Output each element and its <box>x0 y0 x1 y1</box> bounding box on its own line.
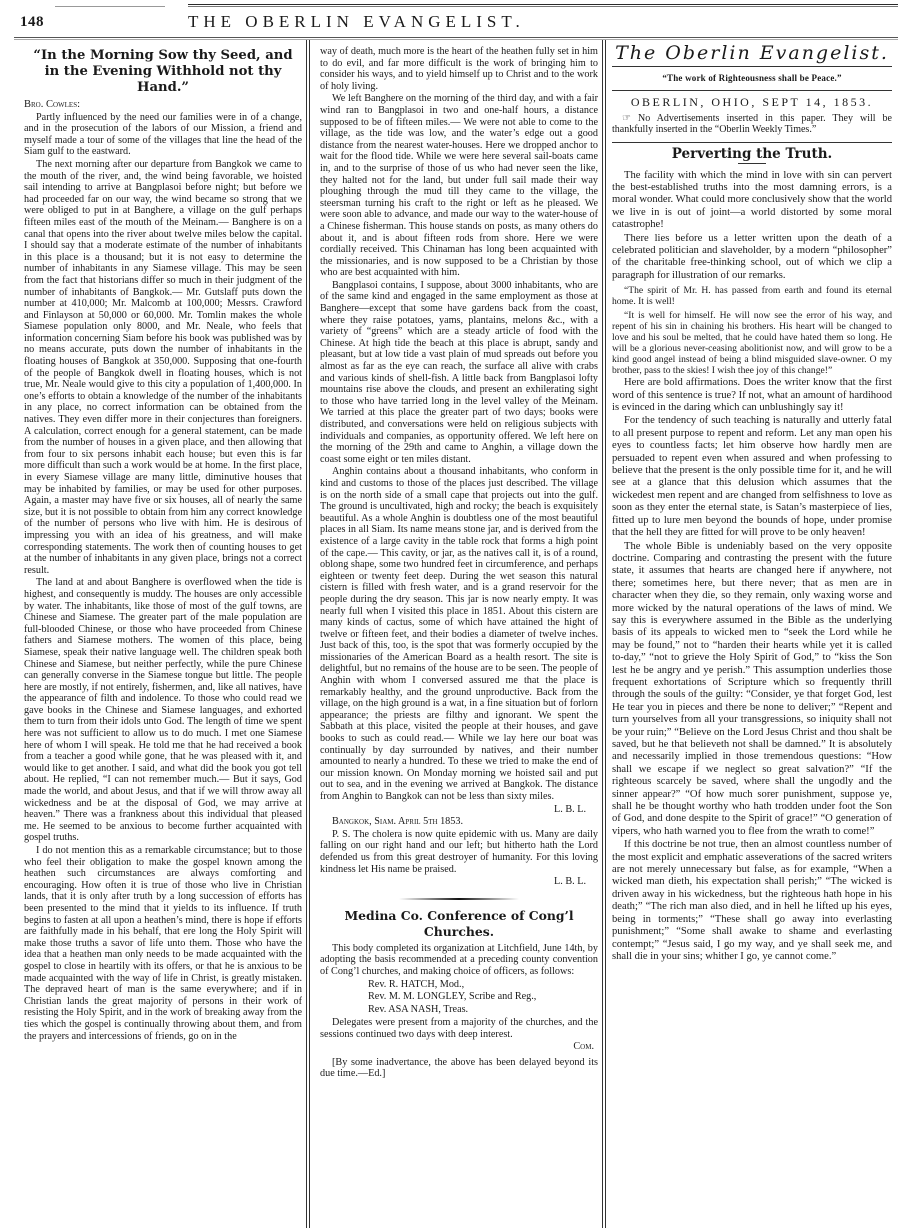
paragraph: Here are bold affirmations. Does the wri… <box>612 377 892 414</box>
paragraph: Bangplasoi contains, I suppose, about 30… <box>320 280 598 466</box>
paragraph: way of death, much more is the heart of … <box>320 46 598 92</box>
masthead: THE OBERLIN EVANGELIST. <box>188 12 708 32</box>
article-headline: Medina Co. Conference of Cong’l Churches… <box>320 908 598 940</box>
postscript: P. S. The cholera is now quite epidemic … <box>320 829 598 875</box>
officer-line: Rev. M. M. LONGLEY, Scribe and Reg., <box>320 991 598 1003</box>
header-rule <box>14 37 898 40</box>
paragraph: The facility with which the mind in love… <box>612 170 892 232</box>
paragraph: There lies before us a letter written up… <box>612 233 892 283</box>
signature: L. B. L. <box>320 804 598 816</box>
letter-dateline: Bangkok, Siam. April 5th 1853. <box>320 816 598 828</box>
paragraph: This body completed its organization at … <box>320 943 598 978</box>
officer-line: Rev. ASA NASH, Treas. <box>320 1004 598 1016</box>
column-1: “In the Morning Sow thy Seed, and in the… <box>24 46 302 1043</box>
paragraph: We left Banghere on the morning of the t… <box>320 93 598 279</box>
column-2: way of death, much more is the heart of … <box>320 46 598 1081</box>
rule <box>612 66 892 67</box>
issue-dateline: OBERLIN, OHIO, SEPT 14, 1853. <box>612 97 892 109</box>
editorial-headline: Perverting the Truth. <box>612 149 892 161</box>
rule <box>612 142 892 143</box>
paragraph: The next morning after our departure fro… <box>24 159 302 576</box>
column-3: The Oberlin Evangelist. “The work of Rig… <box>612 46 892 964</box>
officer-line: Rev. R. HATCH, Mod., <box>320 979 598 991</box>
salutation: Bro. Cowles: <box>24 99 302 111</box>
signature: Com. <box>320 1041 598 1053</box>
ornamental-separator <box>399 898 519 900</box>
paragraph: Partly influenced by the need our famili… <box>24 112 302 158</box>
paragraph: If this doctrine be not true, then an al… <box>612 839 892 963</box>
advertisement-notice: ☞ No Advertisements inserted in this pap… <box>612 113 892 136</box>
article-headline: “In the Morning Sow thy Seed, and in the… <box>24 48 302 96</box>
signature: L. B. L. <box>320 876 598 888</box>
paragraph: The land at and about Banghere is overfl… <box>24 577 302 844</box>
quoted-passage: “The spirit of Mr. H. has passed from ea… <box>612 285 892 307</box>
top-left-rule <box>55 6 165 7</box>
quoted-passage: “It is well for himself. He will now see… <box>612 310 892 376</box>
paragraph: The whole Bible is undeniably based on t… <box>612 541 892 839</box>
editor-note: [By some inadvertance, the above has bee… <box>320 1057 598 1080</box>
paragraph: Anghin contains about a thousand inhabit… <box>320 466 598 802</box>
top-rule <box>188 4 898 7</box>
rule <box>738 163 766 164</box>
motto: “The work of Righteousness shall be Peac… <box>612 73 892 85</box>
rule <box>612 90 892 91</box>
paragraph: Delegates were present from a majority o… <box>320 1017 598 1040</box>
column-divider <box>602 40 606 1228</box>
nameplate: The Oberlin Evangelist. <box>612 48 892 60</box>
paragraph: For the tendency of such teaching is nat… <box>612 415 892 539</box>
column-divider <box>306 40 310 1228</box>
paragraph: I do not mention this as a remarkable ci… <box>24 845 302 1042</box>
page-number: 148 <box>20 14 44 31</box>
